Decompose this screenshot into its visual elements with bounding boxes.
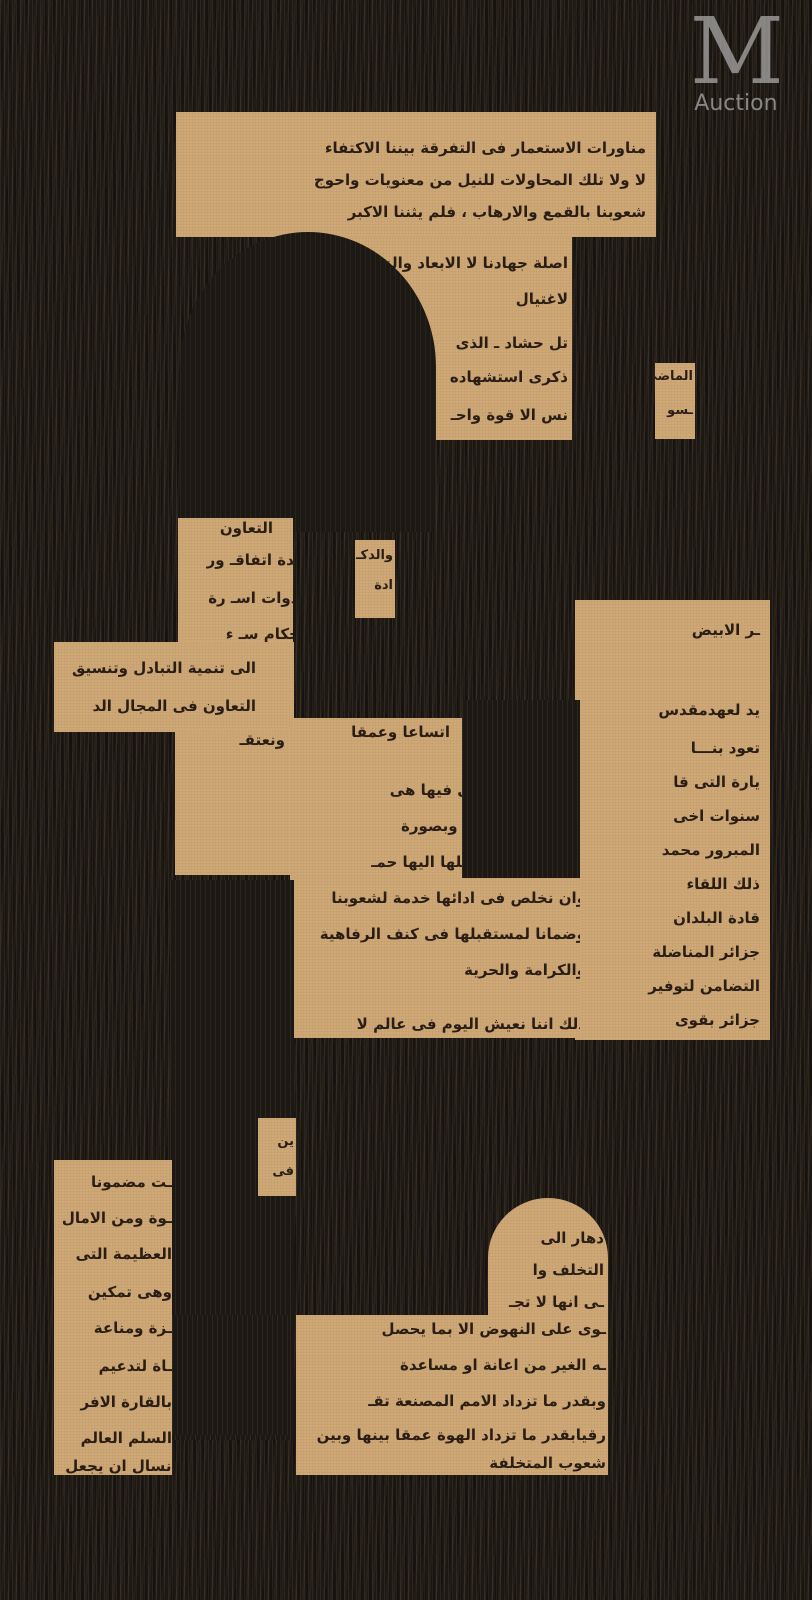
clip-line: ـر الابيض	[692, 620, 760, 640]
clip-line: التعاون فى المجال الد	[92, 696, 256, 716]
clip-line: الى تنمية التبادل وتنسيق	[72, 658, 256, 678]
clip-line: جزائر بقوى	[675, 1010, 760, 1030]
clip-line: ـسو	[667, 401, 693, 421]
clip-line: مناورات الاستعمار فى التفرقة بيننا الاكت…	[325, 138, 646, 158]
clip-line: ندوات اسـ رة	[208, 588, 293, 608]
clip-line: وهى تمكين	[88, 1282, 172, 1302]
clip-line: التخلف وا	[533, 1260, 604, 1280]
clip-line: ـوى على النهوض الا بما يحصل	[381, 1319, 606, 1339]
watermark-label: Auction	[690, 94, 782, 114]
clipping-small-center: والدكـ ادة	[355, 540, 395, 618]
clip-line: جزائر المناضلة	[652, 942, 760, 962]
clip-line: المبرور محمد	[662, 840, 760, 860]
clip-line: الماضى	[655, 367, 693, 387]
clip-line: والدكـ	[356, 546, 393, 566]
clip-line: قادة البلدان	[673, 908, 760, 928]
clip-line: ـه الغير من اعانة او مساعدة	[400, 1355, 606, 1375]
clipping-middle-left: التعاون عدة اتفاقـ ور ندوات اسـ رة احكام…	[178, 518, 293, 643]
clip-line: ـوة ومن الامال	[62, 1208, 172, 1228]
black-block-bottom	[172, 1315, 290, 1435]
clipping-small-right-top: الماضى ـسو	[655, 363, 695, 439]
clip-line: عدة اتفاقـ ور	[207, 550, 293, 570]
clip-line: فى	[272, 1162, 294, 1182]
clip-line: ادة	[374, 576, 393, 596]
clipping-bottom-left: ـت مضمونا ـوة ومن الامال العظيمة التى وه…	[54, 1160, 172, 1475]
artwork-canvas: مناورات الاستعمار فى التفرقة بيننا الاكت…	[0, 0, 812, 1600]
clip-line: شعوب المتخلفة	[489, 1453, 606, 1473]
clip-line: ذلك اننا نعيش اليوم فى عالم لا	[357, 1014, 580, 1034]
watermark-logo: M	[690, 4, 782, 100]
auction-watermark: M Auction	[690, 4, 782, 114]
clip-line: والكرامة والحرية	[464, 960, 580, 980]
clip-line: العظيمة التى	[76, 1244, 172, 1264]
clipping-top: مناورات الاستعمار فى التفرقة بيننا الاكت…	[176, 112, 656, 237]
clipping-middle-left-wide: الى تنمية التبادل وتنسيق التعاون فى المج…	[54, 642, 294, 732]
clip-line: ـاة لتدعيم	[99, 1356, 172, 1376]
black-arch-top	[180, 232, 436, 532]
clip-line: سنوات اخى	[673, 806, 760, 826]
clip-line: نس الا قوة واحـ	[451, 405, 568, 425]
clip-line: لا ولا تلك المحاولات للنيل من معنويات وا…	[314, 170, 646, 190]
clip-line: التعاون	[220, 518, 273, 538]
clip-line: لاغتيال	[516, 289, 568, 309]
clip-line: والله نسال ان يجعل	[65, 1456, 172, 1475]
clipping-bottom-right-arch: دهار الى التخلف وا ـى انها لا تجـ	[488, 1198, 608, 1318]
clip-line: ونعتقـ	[240, 730, 285, 750]
clip-line: بالقارة الافر	[80, 1392, 172, 1412]
clip-line: التضامن لتوفير	[648, 976, 760, 996]
clipping-middle-left-lower: ونعتقـ	[175, 730, 295, 875]
clip-line: تل حشاد ـ الذى	[456, 333, 568, 353]
clip-line: شعوبنا بالقمع والارهاب ، فلم يثننا الاكب…	[348, 202, 646, 222]
clipping-bottom-right: ـوى على النهوض الا بما يحصل ـه الغير من …	[296, 1315, 608, 1475]
black-block-center	[462, 700, 580, 878]
clip-line: ـى انها لا تجـ	[509, 1292, 604, 1312]
clipping-small-bottom-center: ين فى	[258, 1118, 296, 1196]
clip-line: يارة التى قا	[673, 772, 760, 792]
clip-line: ذلك اللقاء	[686, 874, 760, 894]
clip-line: ذكرى استشهاده	[450, 367, 568, 387]
clip-line: يد لعهدمقدس	[658, 700, 760, 720]
clip-line: اصلة جهادنا لا الابعاد والنـ	[381, 253, 568, 273]
clip-line: السلم العالم	[81, 1428, 172, 1448]
clip-line: رقيابقدر ما تزداد الهوة عمقا بينها وبين	[317, 1425, 606, 1445]
clip-line: تعود بنـــا	[691, 738, 760, 758]
clip-line: احكام سـ ء	[226, 624, 293, 643]
clip-line: وبقدر ما تزداد الامم المصنعة تقـ	[368, 1391, 606, 1411]
clip-line: اتساعا وعمقا	[351, 722, 450, 742]
clip-line: ين	[277, 1132, 294, 1152]
clip-line: ـزة ومناعة	[94, 1318, 172, 1338]
clip-line: دهار الى	[540, 1228, 604, 1248]
clipping-right-column: ـر الابيض يد لعهدمقدس تعود بنـــا يارة ا…	[575, 600, 770, 1040]
clip-line: وان نخلص فى ادائها خدمة لشعوبنا	[331, 888, 580, 908]
clip-line: ـت مضمونا	[91, 1172, 172, 1192]
clip-line: وضمانا لمستقبلها فى كنف الرفاهية	[320, 924, 580, 944]
